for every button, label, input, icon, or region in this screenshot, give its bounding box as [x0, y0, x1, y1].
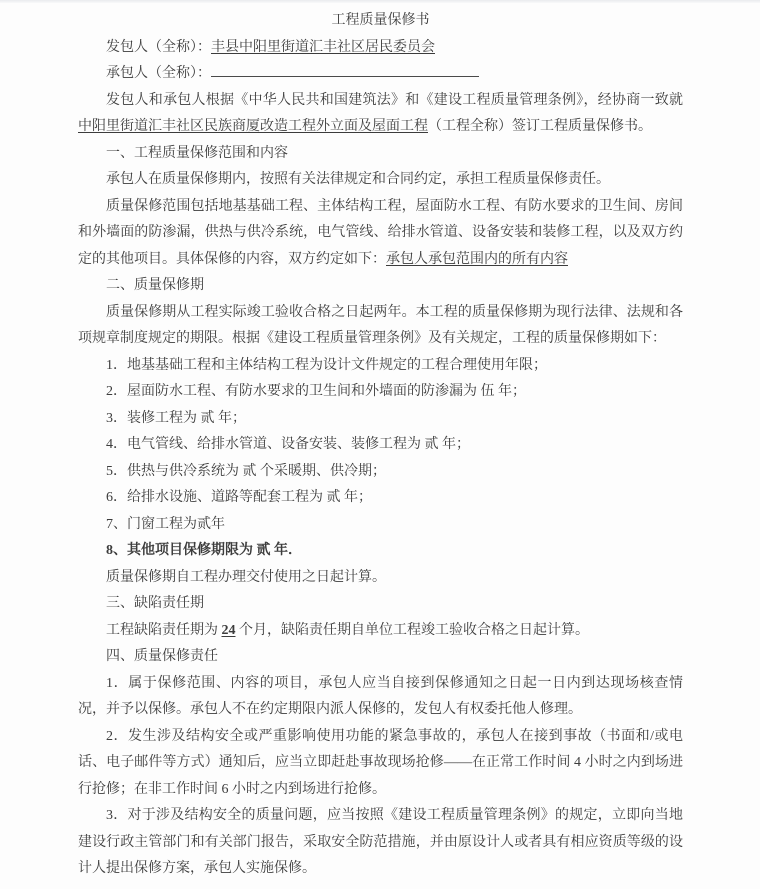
warranty-scope-text: 质量保修范围包括地基基础工程、主体结构工程，屋面防水工程、有防水要求的卫生间、房… [78, 199, 683, 267]
section-2-para-2: 质量保修期自工程办理交付使用之日起计算。 [78, 565, 683, 592]
contractor-label: 承包人（全称）： [106, 66, 211, 81]
project-name: 中阳里街道汇丰社区民族商厦改造工程外立面及屋面工程 [78, 119, 428, 134]
defect-period-pre: 工程缺陷责任期为 [106, 623, 222, 638]
warranty-item-2: 2．屋面防水工程、有防水要求的卫生间和外墙面的防渗漏为 伍 年； [78, 379, 683, 406]
warranty-item-1: 1．地基基础工程和主体结构工程为设计文件规定的工程合理使用年限； [78, 353, 683, 380]
employer-name: 丰县中阳里街道汇丰社区居民委员会 [211, 40, 435, 55]
section-2-para-1: 质量保修期从工程实际竣工验收合格之日起两年。本工程的质量保修期为现行法律、法规和… [78, 300, 683, 353]
section-2-heading: 二、质量保修期 [78, 273, 683, 300]
section-1-para-1: 承包人在质量保修期内，按照有关法律规定和合同约定，承担工程质量保修责任。 [78, 167, 683, 194]
section-3-heading: 三、缺陷责任期 [78, 591, 683, 618]
warranty-item-5: 5．供热与供冷系统为 贰 个采暖期、供冷期； [78, 459, 683, 486]
page-title: 工程质量保修书 [78, 8, 683, 35]
warranty-item-4: 4．电气管线、给排水管道、设备安装、装修工程为 贰 年； [78, 432, 683, 459]
contractor-line: 承包人（全称）： [78, 61, 683, 88]
warranty-scope-agreed: 承包人承包范围内的所有内容 [386, 252, 568, 267]
employer-line: 发包人（全称）：丰县中阳里街道汇丰社区居民委员会 [78, 35, 683, 62]
section-4-para-3: 3．对于涉及结构安全的质量问题，应当按照《建设工程质量管理条例》的规定，立即向当… [78, 803, 683, 883]
intro-paragraph: 发包人和承包人根据《中华人民共和国建筑法》和《建设工程质量管理条例》，经协商一致… [78, 88, 683, 141]
section-1-para-2: 质量保修范围包括地基基础工程、主体结构工程，屋面防水工程、有防水要求的卫生间、房… [78, 194, 683, 274]
warranty-item-8: 8、其他项目保修期限为 贰 年． [78, 538, 683, 565]
employer-label: 发包人（全称）： [106, 40, 211, 55]
intro-post: （工程全称）签订工程质量保修书。 [428, 119, 652, 134]
section-3-para: 工程缺陷责任期为 24 个月，缺陷责任期自单位工程竣工验收合格之日起计算。 [78, 618, 683, 645]
section-4-heading: 四、质量保修责任 [78, 644, 683, 671]
contractor-name-blank [211, 63, 479, 77]
section-4-para-1: 1．属于保修范围、内容的项目，承包人应当自接到保修通知之日起一日内到达现场核查情… [78, 671, 683, 724]
warranty-item-3: 3．装修工程为 贰 年； [78, 406, 683, 433]
warranty-item-7: 7、门窗工程为贰年 [78, 512, 683, 539]
document-page: 工程质量保修书 发包人（全称）：丰县中阳里街道汇丰社区居民委员会 承包人（全称）… [0, 0, 760, 889]
intro-pre: 发包人和承包人根据《中华人民共和国建筑法》和《建设工程质量管理条例》，经协商一致… [106, 93, 683, 108]
section-1-heading: 一、工程质量保修范围和内容 [78, 141, 683, 168]
warranty-item-6: 6．给排水设施、道路等配套工程为 贰 年； [78, 485, 683, 512]
defect-period-months: 24 [222, 623, 236, 638]
defect-period-post: 个月，缺陷责任期自单位工程竣工验收合格之日起计算。 [236, 623, 590, 638]
document-content: 工程质量保修书 发包人（全称）：丰县中阳里街道汇丰社区居民委员会 承包人（全称）… [0, 0, 760, 883]
section-4-para-2: 2．发生涉及结构安全或严重影响使用功能的紧急事故的，承包人在接到事故（书面和/或… [78, 724, 683, 804]
